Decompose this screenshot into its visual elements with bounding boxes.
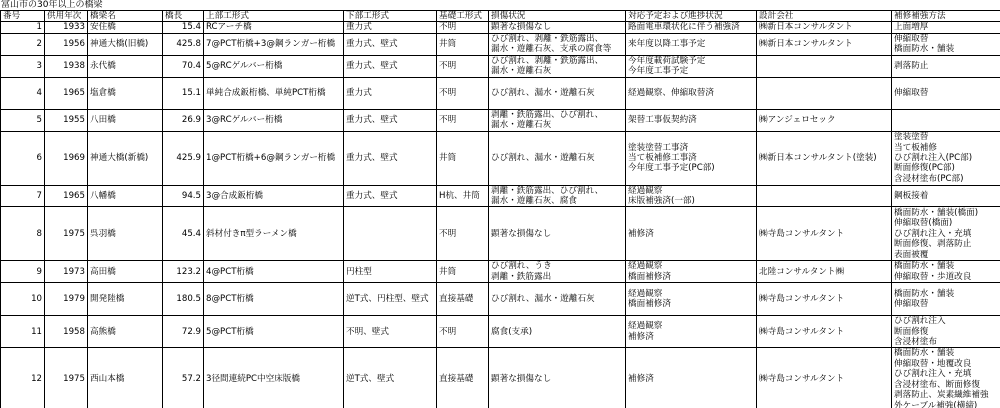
- cell-substructure[interactable]: 重力式、壁式: [344, 33, 437, 55]
- header-substructure[interactable]: 下部工形式: [344, 11, 437, 22]
- cell-designer[interactable]: ㈱寺島コンサルタント: [757, 316, 892, 348]
- cell-foundation[interactable]: H杭、井筒: [437, 185, 489, 207]
- cell-length[interactable]: 70.4: [163, 55, 204, 77]
- cell-superstructure[interactable]: 8@PCT桁橋: [204, 283, 344, 316]
- cell-year[interactable]: 1933: [45, 22, 88, 33]
- cell-year[interactable]: 1958: [45, 316, 88, 348]
- table-row: 6 1969 神通大橋(新橋) 425.9 1@PCT桁橋+6@鋼ランガー桁橋 …: [1, 131, 1000, 185]
- cell-year[interactable]: 1969: [45, 131, 88, 185]
- cell-superstructure[interactable]: 斜材付きπ型ラーメン橋: [204, 207, 344, 261]
- cell-substructure[interactable]: 重力式、壁式: [344, 131, 437, 185]
- cell-name[interactable]: 呉羽橋: [88, 207, 163, 261]
- header-superstructure[interactable]: 上部工形式: [204, 11, 344, 22]
- header-length[interactable]: 橋長: [163, 11, 204, 22]
- cell-designer[interactable]: [757, 77, 892, 109]
- cell-damage[interactable]: ひび割れ、漏水・遊離石灰: [489, 283, 626, 316]
- cell-length[interactable]: 180.5: [163, 283, 204, 316]
- cell-method[interactable]: ひび割れ注入 断面修復 含浸材塗布: [892, 316, 1000, 348]
- cell-year[interactable]: 1975: [45, 348, 88, 408]
- cell-foundation[interactable]: 井筒: [437, 33, 489, 55]
- cell-name[interactable]: 塩倉橋: [88, 77, 163, 109]
- header-designer[interactable]: 設計会社: [757, 11, 892, 22]
- cell-name[interactable]: 永代橋: [88, 55, 163, 77]
- header-damage[interactable]: 損傷状況: [489, 11, 626, 22]
- cell-no[interactable]: 8: [1, 207, 45, 261]
- cell-year[interactable]: 1975: [45, 207, 88, 261]
- cell-damage[interactable]: 剥離・鉄筋露出、ひび割れ、 漏水・遊離石灰: [489, 109, 626, 131]
- cell-damage[interactable]: 腐食(支承): [489, 316, 626, 348]
- cell-method[interactable]: 橋面防水・舗装 伸縮取替: [892, 283, 1000, 316]
- cell-length[interactable]: 425.9: [163, 131, 204, 185]
- cell-superstructure[interactable]: 3@RCゲルバー桁橋: [204, 109, 344, 131]
- sheet-title: 富山市の30年以上の橋梁: [1, 0, 102, 10]
- cell-method[interactable]: 剥落防止: [892, 55, 1000, 77]
- header-row: 番号 供用年次 橋梁名 橋長 上部工形式 下部工形式 基礎工形式 損傷状況 対応…: [1, 11, 1000, 22]
- cell-damage[interactable]: ひび割れ、剥離・鉄筋露出、 漏水・遊離石灰、支承の腐食等: [489, 33, 626, 55]
- cell-length[interactable]: 94.5: [163, 185, 204, 207]
- cell-length[interactable]: 15.4: [163, 22, 204, 33]
- cell-superstructure[interactable]: 3径間連続PC中空床版橋: [204, 348, 344, 408]
- cell-plan[interactable]: 経過観察 床版補強済(一部): [626, 185, 757, 207]
- cell-designer[interactable]: 北陸コンサルタント㈱: [757, 261, 892, 283]
- cell-superstructure[interactable]: 単純合成鈑桁橋、単純PCT桁橋: [204, 77, 344, 109]
- cell-substructure[interactable]: 重力式、壁式: [344, 55, 437, 77]
- cell-designer[interactable]: ㈱アンジェロセック: [757, 109, 892, 131]
- cell-name[interactable]: 神通大橋(旧橋): [88, 33, 163, 55]
- cell-method[interactable]: 伸縮取替 橋面防水・舗装: [892, 33, 1000, 55]
- header-plan[interactable]: 対応予定および進捗状況: [626, 11, 757, 22]
- cell-damage[interactable]: ひび割れ、漏水・遊離石灰: [489, 77, 626, 109]
- cell-plan[interactable]: 経過観察、伸縮取替済: [626, 77, 757, 109]
- cell-no[interactable]: 6: [1, 131, 45, 185]
- cell-designer[interactable]: ㈱新日本コンサルタント: [757, 33, 892, 55]
- cell-length[interactable]: 72.9: [163, 316, 204, 348]
- cell-designer[interactable]: ㈱寺島コンサルタント: [757, 283, 892, 316]
- cell-damage[interactable]: 剥離・鉄筋露出、ひび割れ、 漏水・遊離石灰、腐食: [489, 185, 626, 207]
- cell-designer[interactable]: ㈱新日本コンサルタント: [757, 22, 892, 33]
- cell-plan[interactable]: 経過観察 橋面補修済: [626, 261, 757, 283]
- cell-length[interactable]: 45.4: [163, 207, 204, 261]
- cell-foundation[interactable]: 直接基礎: [437, 348, 489, 408]
- cell-no[interactable]: 4: [1, 77, 45, 109]
- cell-foundation[interactable]: 井筒: [437, 261, 489, 283]
- cell-superstructure[interactable]: 3@合成鈑桁橋: [204, 185, 344, 207]
- table-row: 1 1933 安住橋 15.4 RCアーチ橋 重力式 不明 顕著な損傷なし 路面…: [1, 22, 1000, 33]
- cell-superstructure[interactable]: RCアーチ橋: [204, 22, 344, 33]
- cell-superstructure[interactable]: 5@RCゲルバー桁橋: [204, 55, 344, 77]
- table-row: 3 1938 永代橋 70.4 5@RCゲルバー桁橋 重力式、壁式 不明 ひび割…: [1, 55, 1000, 77]
- cell-year[interactable]: 1973: [45, 261, 88, 283]
- cell-no[interactable]: 5: [1, 109, 45, 131]
- cell-no[interactable]: 10: [1, 283, 45, 316]
- cell-plan[interactable]: 経過観察 橋面補修済: [626, 283, 757, 316]
- cell-foundation[interactable]: 井筒: [437, 131, 489, 185]
- cell-method[interactable]: 橋面防水・舗装(橋面) 伸縮取替(橋面) ひび割れ注入・充填 断面修復、剥落防止…: [892, 207, 1000, 261]
- cell-no[interactable]: 7: [1, 185, 45, 207]
- cell-designer[interactable]: ㈱寺島コンサルタント: [757, 207, 892, 261]
- header-no[interactable]: 番号: [1, 11, 45, 22]
- cell-name[interactable]: 八幡橋: [88, 185, 163, 207]
- cell-year[interactable]: 1938: [45, 55, 88, 77]
- cell-damage[interactable]: 顕著な損傷なし: [489, 22, 626, 33]
- cell-no[interactable]: 11: [1, 316, 45, 348]
- cell-superstructure[interactable]: 7@PCT桁橋+3@鋼ランガー桁橋: [204, 33, 344, 55]
- table-row: 11 1958 高熊橋 72.9 5@PCT桁橋 不明、壁式 不明 腐食(支承)…: [1, 316, 1000, 348]
- cell-year[interactable]: 1965: [45, 185, 88, 207]
- cell-method[interactable]: 橋面防水・舗装 伸縮取替・歩道改良: [892, 261, 1000, 283]
- cell-method[interactable]: [892, 109, 1000, 131]
- cell-superstructure[interactable]: 1@PCT桁橋+6@鋼ランガー桁橋: [204, 131, 344, 185]
- cell-plan[interactable]: 架替工事仮契約済: [626, 109, 757, 131]
- table-row: 2 1956 神通大橋(旧橋) 425.8 7@PCT桁橋+3@鋼ランガー桁橋 …: [1, 33, 1000, 55]
- cell-designer[interactable]: [757, 185, 892, 207]
- cell-damage[interactable]: ひび割れ、剥離・鉄筋露出、 漏水・遊離石灰: [489, 55, 626, 77]
- cell-substructure[interactable]: 不明、壁式: [344, 316, 437, 348]
- cell-substructure[interactable]: 逆T式、壁式: [344, 348, 437, 408]
- cell-length[interactable]: 123.2: [163, 261, 204, 283]
- header-method[interactable]: 補修補強方法: [892, 11, 1000, 22]
- cell-length[interactable]: 26.9: [163, 109, 204, 131]
- table-row: 5 1955 八田橋 26.9 3@RCゲルバー桁橋 重力式、壁式 不明 剥離・…: [1, 109, 1000, 131]
- cell-damage[interactable]: ひび割れ、漏水・遊離石灰: [489, 131, 626, 185]
- cell-name[interactable]: 西山本橋: [88, 348, 163, 408]
- cell-superstructure[interactable]: 4@PCT桁橋: [204, 261, 344, 283]
- cell-no[interactable]: 2: [1, 33, 45, 55]
- cell-name[interactable]: 高田橋: [88, 261, 163, 283]
- cell-substructure[interactable]: 円柱型: [344, 261, 437, 283]
- cell-plan[interactable]: 補修済: [626, 207, 757, 261]
- cell-name[interactable]: 高熊橋: [88, 316, 163, 348]
- header-foundation[interactable]: 基礎工形式: [437, 11, 489, 22]
- cell-name[interactable]: 安住橋: [88, 22, 163, 33]
- cell-plan[interactable]: 路面電車環状化に伴う補強済: [626, 22, 757, 33]
- cell-year[interactable]: 1965: [45, 77, 88, 109]
- table-row: 12 1975 西山本橋 57.2 3径間連続PC中空床版橋 逆T式、壁式 直接…: [1, 348, 1000, 408]
- cell-foundation[interactable]: 不明: [437, 109, 489, 131]
- cell-superstructure[interactable]: 5@PCT桁橋: [204, 316, 344, 348]
- cell-method[interactable]: 橋面防水・舗装 伸縮取替・地覆改良 ひび割れ注入・充填 含浸材塗布、断面修復 剥…: [892, 348, 1000, 408]
- cell-damage[interactable]: 顕著な損傷なし: [489, 348, 626, 408]
- cell-method[interactable]: 鋼板接着: [892, 185, 1000, 207]
- cell-substructure[interactable]: 重力式、壁式: [344, 185, 437, 207]
- cell-substructure[interactable]: 重力式、壁式: [344, 109, 437, 131]
- cell-plan[interactable]: 経過観察 補修済: [626, 316, 757, 348]
- cell-substructure[interactable]: [344, 207, 437, 261]
- header-name[interactable]: 橋梁名: [88, 11, 163, 22]
- cell-no[interactable]: 12: [1, 348, 45, 408]
- cell-substructure[interactable]: 逆T式、円柱型、壁式: [344, 283, 437, 316]
- cell-length[interactable]: 57.2: [163, 348, 204, 408]
- cell-foundation[interactable]: 不明: [437, 207, 489, 261]
- cell-method[interactable]: 塗装塗替 当て板補修 ひび割れ注入(PC部) 断面修復(PC部) 含浸材塗布(P…: [892, 131, 1000, 185]
- cell-foundation[interactable]: 不明: [437, 316, 489, 348]
- cell-length[interactable]: 425.8: [163, 33, 204, 55]
- cell-year[interactable]: 1979: [45, 283, 88, 316]
- cell-foundation[interactable]: 直接基礎: [437, 283, 489, 316]
- cell-year[interactable]: 1955: [45, 109, 88, 131]
- cell-damage[interactable]: 顕著な損傷なし: [489, 207, 626, 261]
- cell-method[interactable]: 上面増厚: [892, 22, 1000, 33]
- cell-name[interactable]: 八田橋: [88, 109, 163, 131]
- cell-designer[interactable]: ㈱寺島コンサルタント: [757, 348, 892, 408]
- table-row: 7 1965 八幡橋 94.5 3@合成鈑桁橋 重力式、壁式 H杭、井筒 剥離・…: [1, 185, 1000, 207]
- bridge-table: 番号 供用年次 橋梁名 橋長 上部工形式 下部工形式 基礎工形式 損傷状況 対応…: [0, 10, 1000, 408]
- cell-plan[interactable]: 補修済: [626, 348, 757, 408]
- cell-foundation[interactable]: 不明: [437, 22, 489, 33]
- table-row: 10 1979 開発陸橋 180.5 8@PCT桁橋 逆T式、円柱型、壁式 直接…: [1, 283, 1000, 316]
- cell-designer[interactable]: ㈱新日本コンサルタント(塗装): [757, 131, 892, 185]
- cell-no[interactable]: 9: [1, 261, 45, 283]
- cell-method[interactable]: 伸縮取替: [892, 77, 1000, 109]
- cell-plan[interactable]: 今年度載荷試験予定 今年度工事予定: [626, 55, 757, 77]
- table-row: 4 1965 塩倉橋 15.1 単純合成鈑桁橋、単純PCT桁橋 重力式 不明 ひ…: [1, 77, 1000, 109]
- cell-name[interactable]: 開発陸橋: [88, 283, 163, 316]
- cell-designer[interactable]: [757, 55, 892, 77]
- cell-name[interactable]: 神通大橋(新橋): [88, 131, 163, 185]
- cell-foundation[interactable]: 不明: [437, 77, 489, 109]
- header-year[interactable]: 供用年次: [45, 11, 88, 22]
- cell-substructure[interactable]: 重力式: [344, 22, 437, 33]
- table-row: 9 1973 高田橋 123.2 4@PCT桁橋 円柱型 井筒 ひび割れ、うき …: [1, 261, 1000, 283]
- cell-no[interactable]: 1: [1, 22, 45, 33]
- cell-substructure[interactable]: 重力式: [344, 77, 437, 109]
- cell-year[interactable]: 1956: [45, 33, 88, 55]
- cell-length[interactable]: 15.1: [163, 77, 204, 109]
- cell-foundation[interactable]: 不明: [437, 55, 489, 77]
- cell-plan[interactable]: 来年度以降工事予定: [626, 33, 757, 55]
- cell-plan[interactable]: 塗装塗替工事済 当て板補修工事済 今年度工事予定(PC部): [626, 131, 757, 185]
- table-row: 8 1975 呉羽橋 45.4 斜材付きπ型ラーメン橋 不明 顕著な損傷なし 補…: [1, 207, 1000, 261]
- cell-damage[interactable]: ひび割れ、うき 剥離・鉄筋露出: [489, 261, 626, 283]
- cell-no[interactable]: 3: [1, 55, 45, 77]
